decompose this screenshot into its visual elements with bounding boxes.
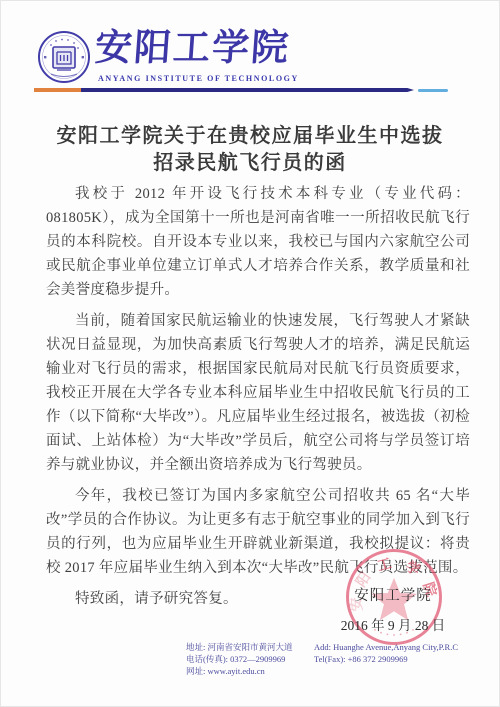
document-title-line-1: 安阳工学院关于在贵校应届毕业生中选拔 <box>1 123 499 150</box>
document-title-line-2: 招录民航飞行员的函 <box>1 150 499 177</box>
paragraph-2: 当前，随着国家民航运输业的快速发展，飞行驾驶人才紧缺状况日益显现，为加快高素质飞… <box>46 309 470 477</box>
university-seal-logo <box>37 30 91 84</box>
institution-name-cn: 安阳工学院 <box>93 25 306 73</box>
paragraph-1: 我校于 2012 年开设飞行技术本科专业（专业代码：081805K），成为全国第… <box>46 182 470 302</box>
footer-website: 网址: www.ayit.edu.cn <box>186 665 293 677</box>
signature-date: 2016 年 9 月 28 日 <box>328 614 458 634</box>
footer-phone-cn: 电话(传真): 0372—2909969 <box>186 653 293 665</box>
seal-char-4: 学 <box>402 558 423 580</box>
footer-address-cn: 地址: 河南省安阳市黄河大道 <box>186 641 293 653</box>
signature-institution: 安阳工学院 <box>333 584 453 605</box>
seal-char-3: 工 <box>376 557 393 575</box>
divider-lightblue-segment <box>418 89 448 92</box>
divider-navy-segment <box>81 88 414 92</box>
scanned-letter-page: 安阳工学院 ANYANG INSTITUTE OF TECHNOLOGY 安阳工… <box>0 0 500 707</box>
document-title: 安阳工学院关于在贵校应届毕业生中选拔 招录民航飞行员的函 <box>1 123 499 177</box>
letterhead-divider <box>34 88 448 93</box>
divider-orange-segment <box>34 88 81 92</box>
institution-name-en: ANYANG INSTITUTE OF TECHNOLOGY <box>98 74 299 83</box>
footer-left-column: 地址: 河南省安阳市黄河大道 电话(传真): 0372—2909969 网址: … <box>186 641 293 677</box>
